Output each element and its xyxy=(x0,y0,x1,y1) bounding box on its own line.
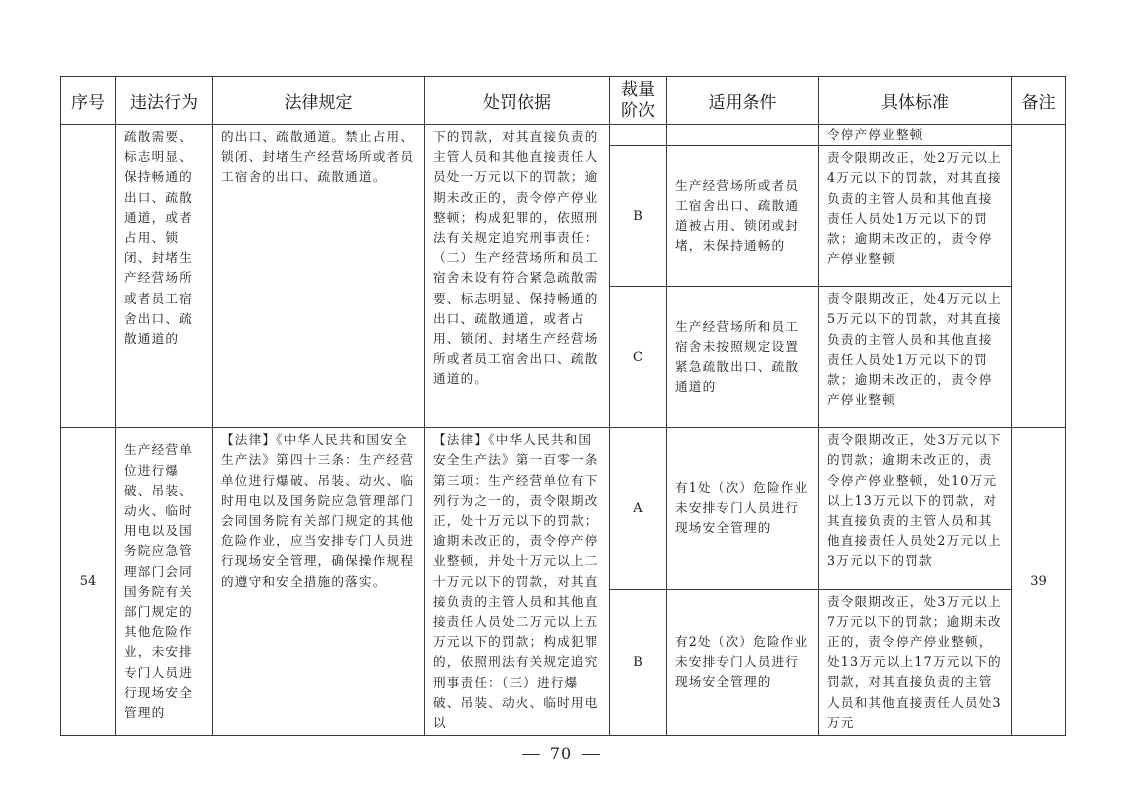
penalty-basis-text: 下的罚款，对其直接负责的主管人员和其他直接责任人员处一万元以下的罚款；逾期未改正… xyxy=(425,125,609,392)
standard-text: 责令限期改正，处2万元以上4万元以下的罚款，对其直接负责的主管人员和其他直接责任… xyxy=(819,146,1011,271)
penalty-discretion-table: 序号 违法行为 法律规定 处罚依据 裁量 阶次 适用条件 具体标准 备注 疏散需… xyxy=(60,76,1066,736)
page-number: 70 xyxy=(550,744,572,763)
standard-cell: 责令限期改正，处3万元以下的罚款；逾期未改正的，责令停产停业整顿，处10万元以上… xyxy=(819,428,1012,589)
table-row: 54 生产经营单位进行爆破、吊装、动火、临时用电以及国务院应急管理部门会同国务院… xyxy=(61,428,1066,589)
condition-text: 有1处（次）危险作业未安排专门人员进行现场安全管理的 xyxy=(667,476,818,541)
level-cell: B xyxy=(610,146,667,287)
penalty-basis-text: 【法律】《中华人民共和国安全生产法》第一百零一条第三项：生产经营单位有下列行为之… xyxy=(425,428,609,735)
header-violation: 违法行为 xyxy=(116,77,213,125)
violation-cell: 疏散需要、标志明显、保持畅通的出口、疏散通道，或者占用、锁闭、封堵生产经营场所或… xyxy=(116,125,213,428)
table-header-row: 序号 违法行为 法律规定 处罚依据 裁量 阶次 适用条件 具体标准 备注 xyxy=(61,77,1066,125)
violation-cell: 生产经营单位进行爆破、吊装、动火、临时用电以及国务院应急管理部门会同国务院有关部… xyxy=(116,428,213,736)
remarks-cell xyxy=(1012,125,1066,428)
condition-cell xyxy=(667,125,819,146)
dash-left xyxy=(522,754,540,755)
penalty-basis-cell: 下的罚款，对其直接负责的主管人员和其他直接责任人员处一万元以下的罚款；逾期未改正… xyxy=(425,125,610,428)
seq-cell xyxy=(61,125,116,428)
legal-provision-text: 【法律】《中华人民共和国安全生产法》第四十三条：生产经营单位进行爆破、吊装、动火… xyxy=(213,428,424,594)
standard-cell: 责令限期改正，处2万元以上4万元以下的罚款，对其直接负责的主管人员和其他直接责任… xyxy=(819,146,1012,287)
header-legal-provision: 法律规定 xyxy=(213,77,425,125)
level-cell: B xyxy=(610,589,667,736)
standard-cell: 责令限期改正，处3万元以上7万元以下的罚款；逾期未改正的，责令停产停业整顿，处1… xyxy=(819,589,1012,736)
legal-provision-cell: 【法律】《中华人民共和国安全生产法》第四十三条：生产经营单位进行爆破、吊装、动火… xyxy=(213,428,425,736)
standard-text: 责令限期改正，处4万元以上5万元以下的罚款，对其直接负责的主管人员和其他直接责任… xyxy=(819,287,1011,412)
condition-cell: 有2处（次）危险作业未安排专门人员进行现场安全管理的 xyxy=(667,589,819,736)
document-page: 序号 违法行为 法律规定 处罚依据 裁量 阶次 适用条件 具体标准 备注 疏散需… xyxy=(0,0,1122,793)
header-condition: 适用条件 xyxy=(667,77,819,125)
condition-text: 有2处（次）危险作业未安排专门人员进行现场安全管理的 xyxy=(667,630,818,695)
violation-text: 生产经营单位进行爆破、吊装、动火、临时用电以及国务院应急管理部门会同国务院有关部… xyxy=(116,438,212,725)
legal-provision-cell: 的出口、疏散通道。禁止占用、锁闭、封堵生产经营场所或者员工宿舍的出口、疏散通道。 xyxy=(213,125,425,428)
header-penalty-basis: 处罚依据 xyxy=(425,77,610,125)
condition-cell: 有1处（次）危险作业未安排专门人员进行现场安全管理的 xyxy=(667,428,819,589)
level-cell xyxy=(610,125,667,146)
penalty-basis-cell: 【法律】《中华人民共和国安全生产法》第一百零一条第三项：生产经营单位有下列行为之… xyxy=(425,428,610,736)
header-discretion-level-line1: 裁量 xyxy=(610,80,666,101)
level-cell: A xyxy=(610,428,667,589)
standard-text: 令停产停业整顿 xyxy=(819,125,1011,145)
condition-cell: 生产经营场所或者员工宿舍出口、疏散通道被占用、锁闭或封堵，未保持通畅的 xyxy=(667,146,819,287)
condition-cell: 生产经营场所和员工宿舍未按照规定设置紧急疏散出口、疏散通道的 xyxy=(667,287,819,428)
remarks-cell: 39 xyxy=(1012,428,1066,736)
level-cell: C xyxy=(610,287,667,428)
condition-text: 生产经营场所或者员工宿舍出口、疏散通道被占用、锁闭或封堵，未保持通畅的 xyxy=(667,174,818,259)
header-standard: 具体标准 xyxy=(819,77,1012,125)
dash-right xyxy=(582,754,600,755)
legal-provision-text: 的出口、疏散通道。禁止占用、锁闭、封堵生产经营场所或者员工宿舍的出口、疏散通道。 xyxy=(213,125,424,190)
violation-text: 疏散需要、标志明显、保持畅通的出口、疏散通道，或者占用、锁闭、封堵生产经营场所或… xyxy=(116,125,212,351)
seq-cell: 54 xyxy=(61,428,116,736)
condition-text: 生产经营场所和员工宿舍未按照规定设置紧急疏散出口、疏散通道的 xyxy=(667,315,818,400)
page-footer: 70 xyxy=(0,744,1122,763)
condition-text xyxy=(667,125,818,129)
header-discretion-level-line2: 阶次 xyxy=(610,101,666,122)
header-discretion-level: 裁量 阶次 xyxy=(610,77,667,125)
standard-text: 责令限期改正，处3万元以下的罚款；逾期未改正的，责令停产停业整顿，处10万元以上… xyxy=(819,428,1011,573)
standard-cell: 责令限期改正，处4万元以上5万元以下的罚款，对其直接负责的主管人员和其他直接责任… xyxy=(819,287,1012,428)
header-seq: 序号 xyxy=(61,77,116,125)
table-row: 疏散需要、标志明显、保持畅通的出口、疏散通道，或者占用、锁闭、封堵生产经营场所或… xyxy=(61,125,1066,146)
standard-text: 责令限期改正，处3万元以上7万元以下的罚款；逾期未改正的，责令停产停业整顿，处1… xyxy=(819,590,1011,735)
header-remarks: 备注 xyxy=(1012,77,1066,125)
standard-cell: 令停产停业整顿 xyxy=(819,125,1012,146)
